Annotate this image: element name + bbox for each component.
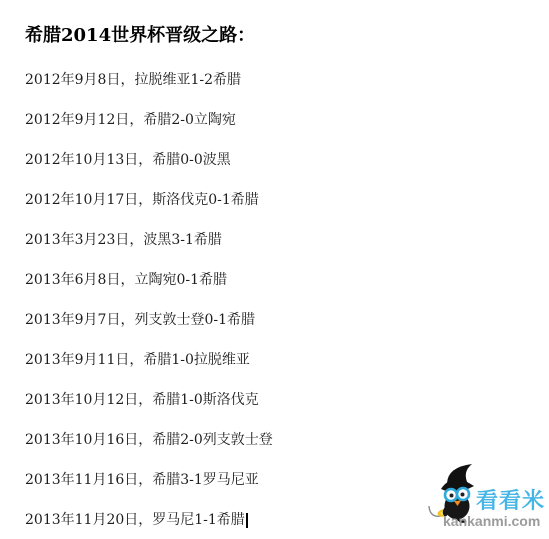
match-result-text: 2013年11月20日，罗马尼1-1希腊 bbox=[25, 512, 245, 528]
match-result-text: 2013年9月11日，希腊1-0拉脱维亚 bbox=[25, 352, 250, 368]
match-result-text: 2012年10月13日，希腊0-0波黑 bbox=[25, 152, 231, 168]
match-result-text: 2013年10月12日，希腊1-0斯洛伐克 bbox=[25, 392, 259, 408]
page-title: 希腊2014世界杯晋级之路： bbox=[25, 25, 539, 46]
match-result-line: 2012年9月8日，拉脱维亚1-2希腊 bbox=[25, 72, 539, 88]
match-result-text: 2013年3月23日，波黑3-1希腊 bbox=[25, 232, 222, 248]
watermark-site-text: kankanmi.com bbox=[443, 513, 540, 529]
match-result-line: 2013年10月16日，希腊2-0列支敦士登 bbox=[25, 432, 539, 448]
match-result-text: 2012年9月12日，希腊2-0立陶宛 bbox=[25, 112, 236, 128]
match-result-line: 2013年10月12日，希腊1-0斯洛伐克 bbox=[25, 392, 539, 408]
match-result-line: 2013年9月7日，列支敦士登0-1希腊 bbox=[25, 312, 539, 328]
match-result-line: 2012年10月17日，斯洛伐克0-1希腊 bbox=[25, 192, 539, 208]
match-result-text: 2012年9月8日，拉脱维亚1-2希腊 bbox=[25, 72, 241, 88]
watermark-brand-text: 看看米 bbox=[476, 484, 545, 515]
match-result-text: 2013年10月16日，希腊2-0列支敦士登 bbox=[25, 432, 273, 448]
text-editor-surface[interactable]: 希腊2014世界杯晋级之路： 2012年9月8日，拉脱维亚1-2希腊 2012年… bbox=[0, 0, 549, 539]
match-result-text: 2013年9月7日，列支敦士登0-1希腊 bbox=[25, 312, 255, 328]
match-result-text: 2013年6月8日，立陶宛0-1希腊 bbox=[25, 272, 227, 288]
match-result-text: 2013年11月16日，希腊3-1罗马尼亚 bbox=[25, 472, 259, 488]
text-caret bbox=[246, 513, 248, 528]
match-result-line: 2013年3月23日，波黑3-1希腊 bbox=[25, 232, 539, 248]
match-result-line: 2012年10月13日，希腊0-0波黑 bbox=[25, 152, 539, 168]
match-result-line: 2012年9月12日，希腊2-0立陶宛 bbox=[25, 112, 539, 128]
match-result-line: 2013年9月11日，希腊1-0拉脱维亚 bbox=[25, 352, 539, 368]
match-result-line: 2013年6月8日，立陶宛0-1希腊 bbox=[25, 272, 539, 288]
watermark-logo: 看看米 kankanmi.com bbox=[428, 460, 548, 536]
match-result-text: 2012年10月17日，斯洛伐克0-1希腊 bbox=[25, 192, 259, 208]
